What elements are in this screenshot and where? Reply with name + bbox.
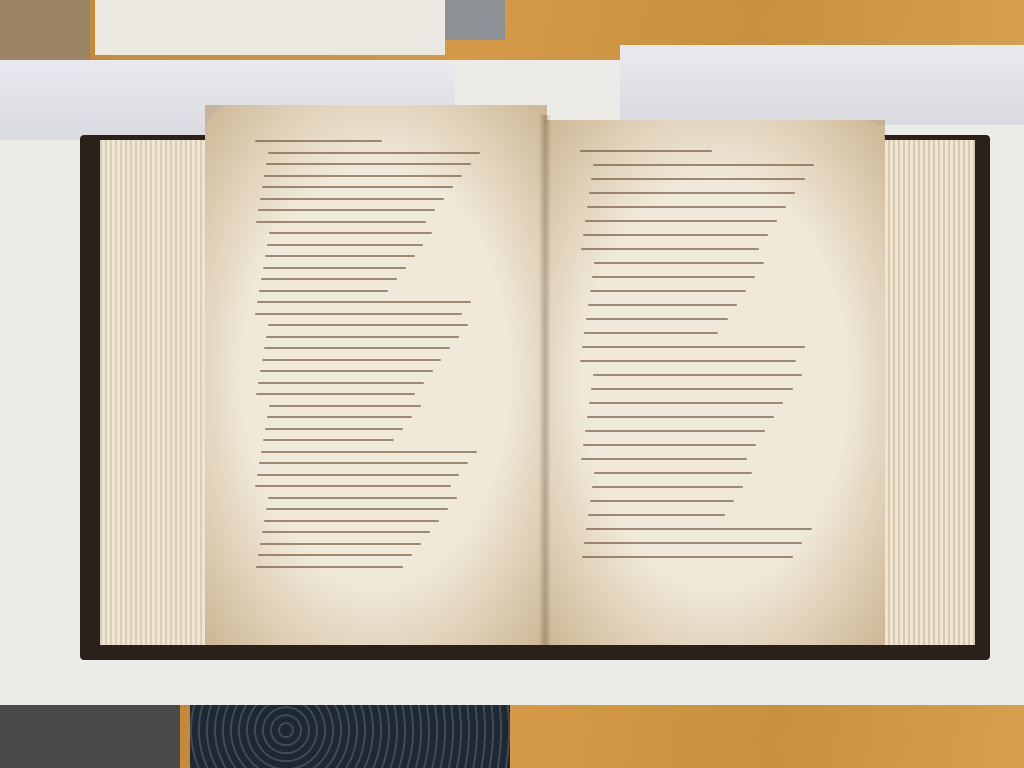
handwriting-line	[592, 486, 743, 488]
handwriting-line	[260, 198, 444, 200]
handwriting-line	[258, 209, 435, 211]
handwriting-line	[269, 405, 421, 407]
stone-weight	[445, 0, 505, 40]
handwriting-line	[588, 304, 737, 306]
handwriting-line	[265, 255, 415, 257]
handwriting-line	[585, 430, 765, 432]
handwriting-line	[591, 388, 793, 390]
handwriting-line	[255, 140, 382, 142]
handwriting-line	[593, 164, 814, 166]
handwriting-line	[263, 439, 394, 441]
handwriting-line	[257, 301, 471, 303]
cloth-ties	[810, 0, 950, 40]
handwriting-line	[582, 346, 805, 348]
handwriting-line	[268, 152, 480, 154]
handwriting-line	[262, 531, 430, 533]
handwriting-line	[268, 324, 468, 326]
handwriting-line	[583, 444, 756, 446]
handwriting-line	[587, 206, 786, 208]
handwriting-line	[590, 500, 734, 502]
handwriting-line	[269, 232, 432, 234]
handwriting-line	[589, 192, 795, 194]
handwriting-line	[256, 393, 415, 395]
handwriting-line	[581, 458, 747, 460]
handwriting-line	[266, 163, 471, 165]
handwriting-line	[262, 186, 453, 188]
handwriting-line	[260, 370, 433, 372]
handwriting-line	[261, 278, 397, 280]
handwriting-line	[256, 221, 426, 223]
handwriting-line	[586, 528, 812, 530]
handwriting-line	[258, 382, 424, 384]
handwriting-line	[584, 332, 718, 334]
handwriting-line	[590, 290, 746, 292]
handwriting-line	[584, 542, 802, 544]
handwriting-line	[259, 462, 468, 464]
handwriting-line	[259, 290, 388, 292]
page-edges-right	[880, 140, 975, 645]
box-flap-right	[620, 45, 1024, 125]
handwriting-line	[258, 554, 412, 556]
handwriting-line	[589, 402, 783, 404]
handwriting-line	[264, 175, 462, 177]
handwriting-line	[255, 313, 462, 315]
handwriting-line	[267, 416, 412, 418]
handwriting-line	[261, 451, 477, 453]
handwriting-line	[263, 267, 406, 269]
handwriting-line	[266, 508, 448, 510]
handwriting-line	[268, 497, 457, 499]
handwriting-line	[266, 336, 459, 338]
tissue-paper	[95, 0, 445, 55]
handwriting-line	[580, 150, 712, 152]
handwriting-line	[256, 566, 403, 568]
handwriting-line	[582, 556, 793, 558]
handwriting-line	[262, 359, 441, 361]
floor-shadow	[0, 705, 180, 768]
handwriting-line	[581, 248, 759, 250]
handwriting-line	[594, 262, 764, 264]
handwriting-line	[586, 318, 728, 320]
handwriting-line	[255, 485, 451, 487]
handwriting-line	[585, 220, 777, 222]
book-gutter	[540, 115, 550, 645]
handwriting-line	[260, 543, 421, 545]
handwriting-line	[587, 416, 774, 418]
handwriting-line	[591, 178, 805, 180]
handwriting-line	[264, 520, 439, 522]
handwriting-line	[588, 514, 725, 516]
handwriting-line	[594, 472, 752, 474]
handwriting-line	[265, 428, 403, 430]
handwriting-line	[592, 276, 755, 278]
handwriting-line	[264, 347, 450, 349]
handwriting-line	[583, 234, 768, 236]
handwriting-line	[593, 374, 802, 376]
patterned-fabric	[190, 705, 510, 768]
right-page	[545, 120, 885, 645]
handwriting-line	[257, 474, 459, 476]
handwriting-line	[580, 360, 796, 362]
handwriting-line	[267, 244, 423, 246]
